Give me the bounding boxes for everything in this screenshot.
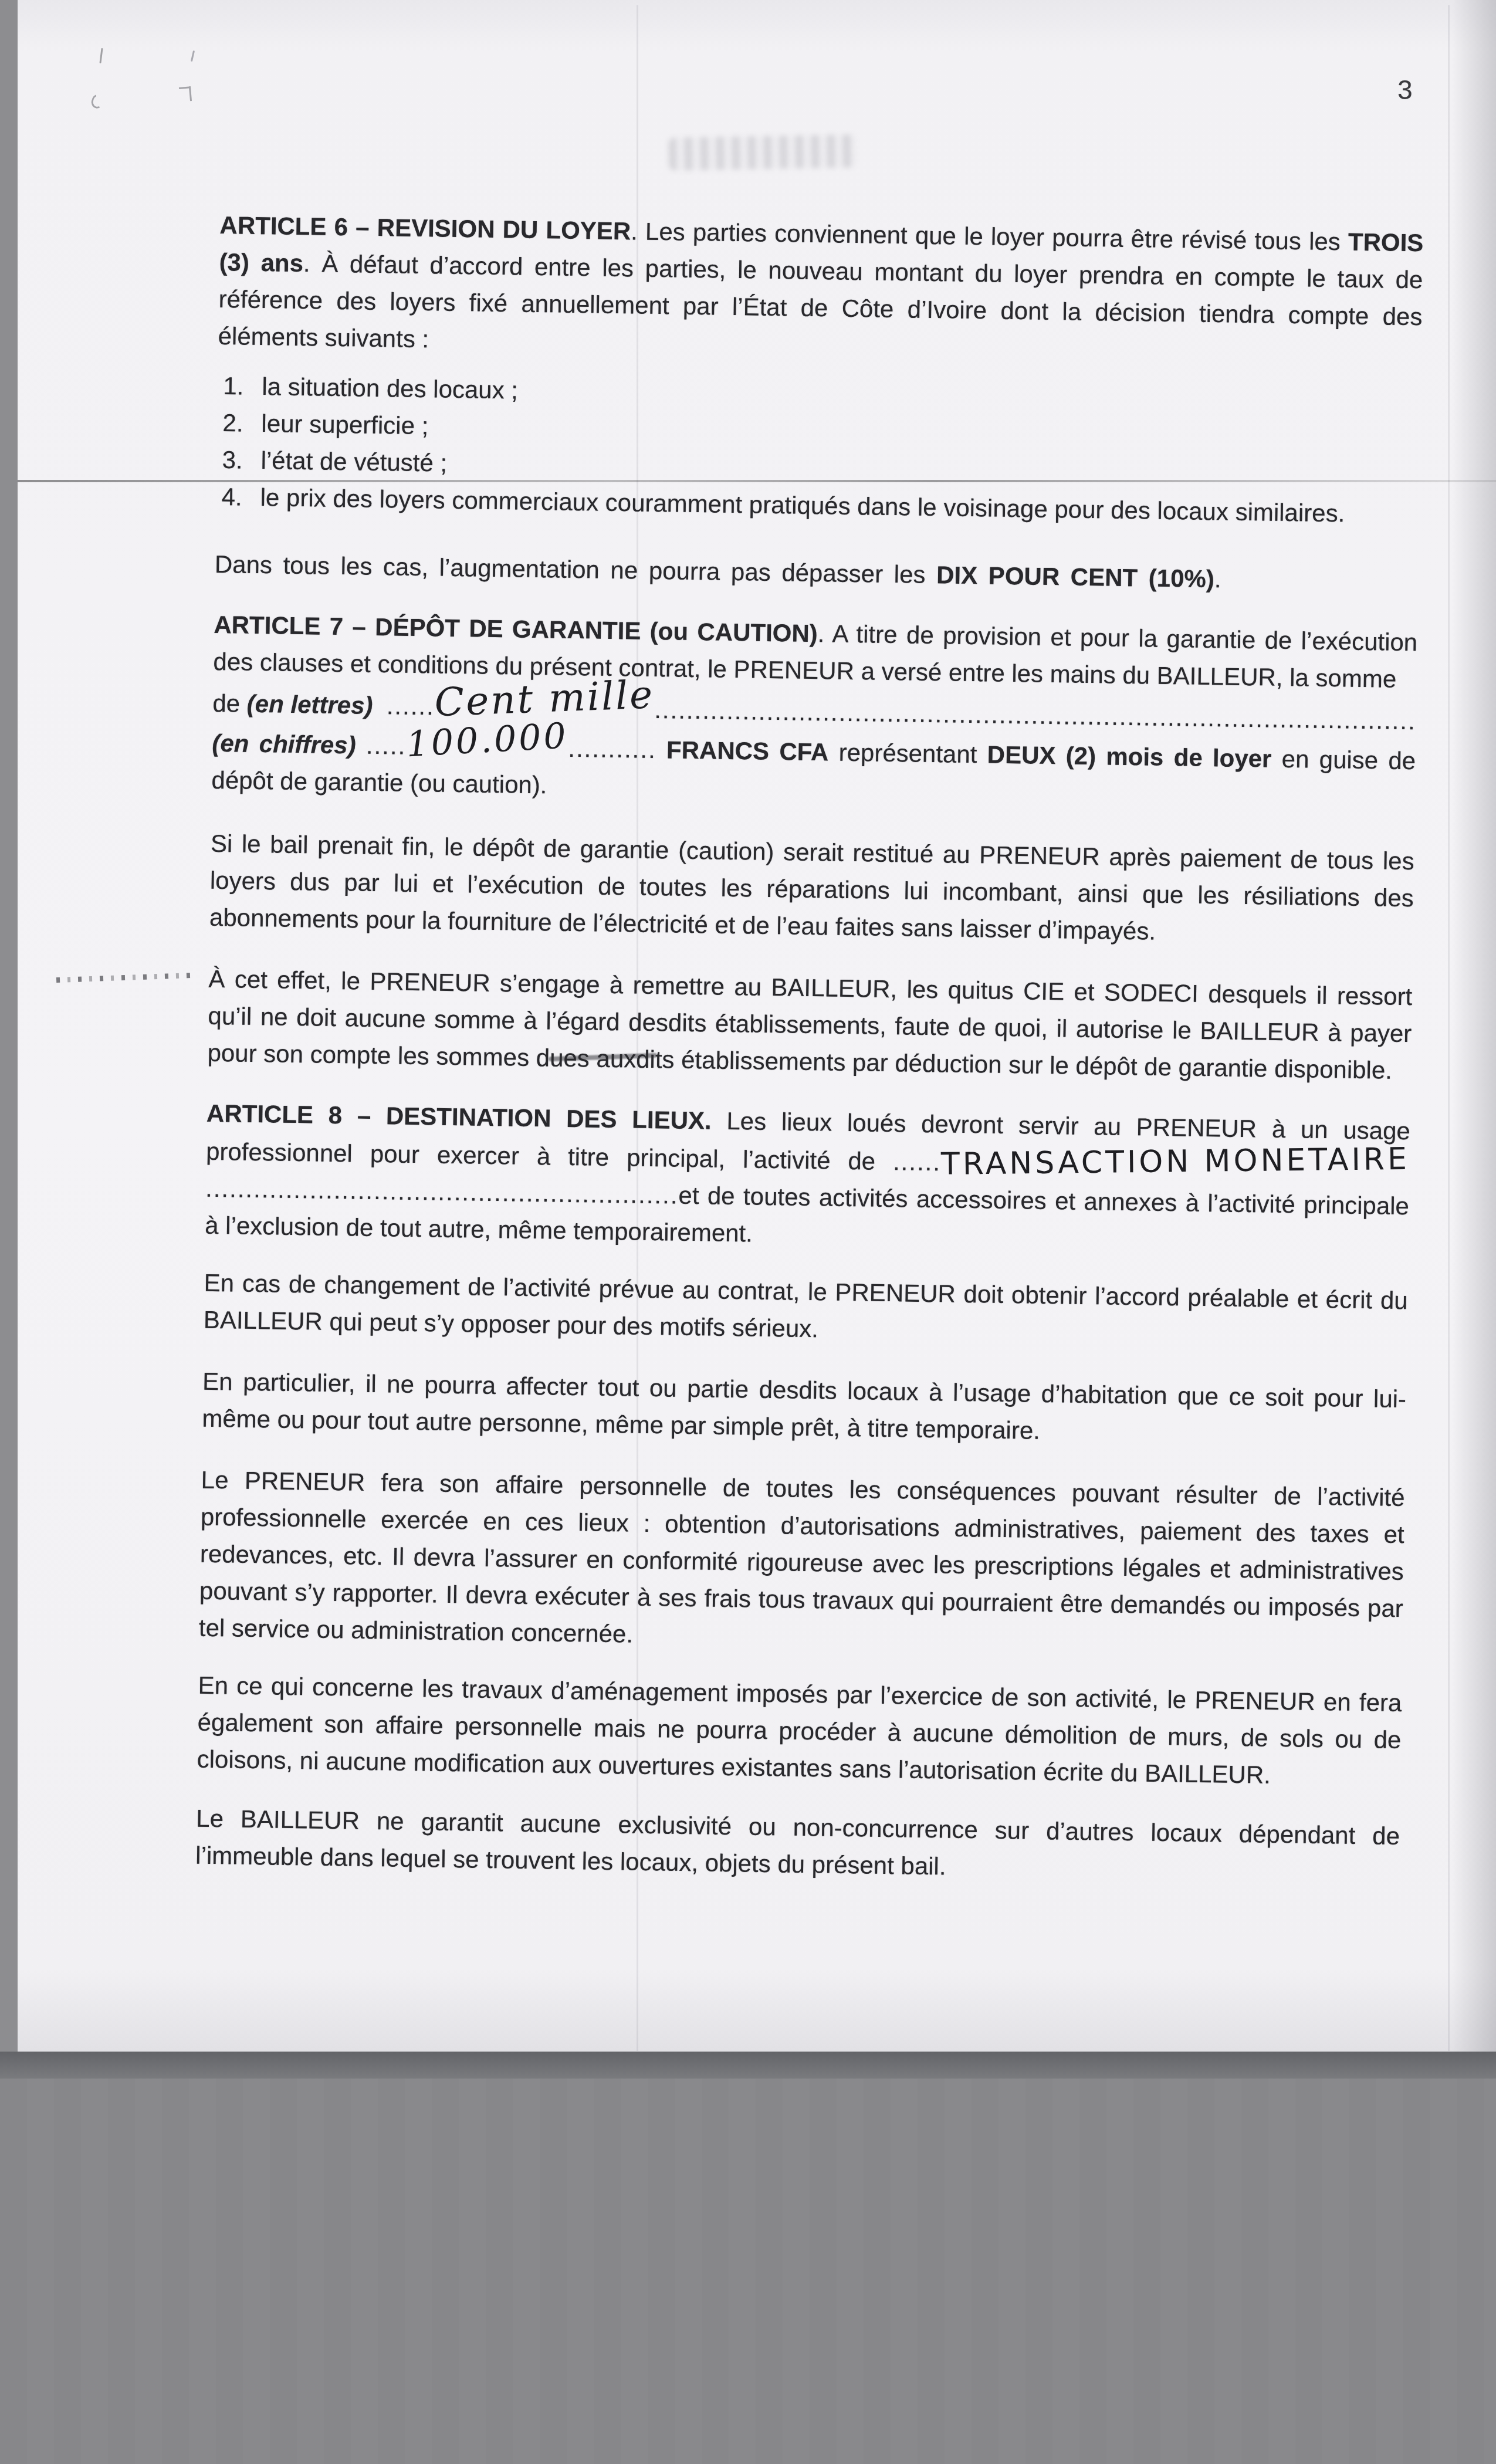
text-run: représentant bbox=[828, 738, 987, 768]
text-run: Si le bail prenait fin, le dépôt de gara… bbox=[209, 830, 1414, 945]
text-run: ...... bbox=[893, 1148, 942, 1176]
scanned-document: { "page": { "number": "3" }, "colors": {… bbox=[0, 0, 1496, 2464]
text-run: FRANCS CFA bbox=[666, 736, 829, 766]
deposit-amount-words-handwritten: Cent mille bbox=[434, 676, 655, 721]
text-run: À cet effet, le PRENEUR s’engage à remet… bbox=[207, 965, 1412, 1084]
quitus-cie-sodeci: À cet effet, le PRENEUR s’engage à remet… bbox=[207, 960, 1413, 1089]
travaux-amenagement: En ce qui concerne les travaux d’aménage… bbox=[197, 1667, 1402, 1795]
list-item-number: 3. bbox=[222, 441, 261, 479]
non-exclusivite: Le BAILLEUR ne garantit aucune exclusivi… bbox=[195, 1800, 1400, 1891]
text-run: En ce qui concerne les travaux d’aménage… bbox=[197, 1671, 1402, 1789]
text-run: Le BAILLEUR ne garantit aucune exclusivi… bbox=[195, 1805, 1400, 1880]
text-run bbox=[356, 732, 366, 759]
pen-mark bbox=[179, 86, 192, 102]
list-item-text: leur superficie ; bbox=[261, 405, 429, 444]
activity-handwritten: TRANSACTION MONETAIRE bbox=[941, 1141, 1410, 1183]
text-run: En cas de changement de l’activité prévu… bbox=[204, 1269, 1408, 1343]
text-run: de bbox=[212, 685, 247, 722]
text-run: Le PRENEUR fera son affaire personnelle … bbox=[199, 1466, 1405, 1648]
text-run: . Les parties conviennent que le loyer p… bbox=[631, 217, 1349, 255]
text-run: ........................................… bbox=[205, 1175, 679, 1209]
text-run: ...... bbox=[386, 687, 435, 725]
text-run: . bbox=[1214, 565, 1221, 593]
paper-page: 3 ARTICLE 6 – REVISION DU LOYER. Les par… bbox=[18, 0, 1496, 2052]
scanner-left-edge bbox=[0, 0, 18, 2053]
scan-streak bbox=[1448, 5, 1450, 2051]
pen-mark bbox=[99, 48, 103, 63]
list-item-number: 2. bbox=[222, 404, 262, 442]
text-run: ARTICLE 8 – DESTINATION DES LIEUX. bbox=[207, 1099, 712, 1135]
article-8-destination-des-lieux: ARTICLE 8 – DESTINATION DES LIEUX. Les l… bbox=[205, 1095, 1411, 1261]
text-run: (en chiffres) bbox=[212, 729, 356, 759]
list-item-number: 1. bbox=[223, 367, 262, 405]
interdiction-usage-habitation: En particulier, il ne pourra affecter to… bbox=[202, 1363, 1407, 1454]
bleed-through-smudge bbox=[669, 134, 857, 171]
scanner-background bbox=[0, 2079, 1496, 2464]
text-run: ..... bbox=[366, 732, 407, 760]
list-item-number: 4. bbox=[221, 478, 260, 516]
page-bottom-shadow bbox=[0, 2052, 1496, 2079]
pen-mark bbox=[89, 92, 106, 110]
text-run: DEUX (2) mois de loyer bbox=[987, 741, 1271, 773]
text-run: . À défaut d’accord entre les parties, l… bbox=[218, 249, 1423, 353]
text-run bbox=[656, 736, 666, 763]
text-run: En particulier, il ne pourra affecter to… bbox=[202, 1368, 1406, 1444]
responsabilite-activite: Le PRENEUR fera son affaire personnelle … bbox=[199, 1461, 1405, 1664]
text-run: DIX POUR CENT (10%) bbox=[936, 561, 1214, 593]
document-body: ARTICLE 6 – REVISION DU LOYER. Les parti… bbox=[195, 207, 1424, 1891]
deposit-restitution: Si le bail prenait fin, le dépôt de gara… bbox=[209, 825, 1415, 953]
deposit-amount-figures-handwritten: 100.000 bbox=[405, 717, 569, 763]
text-run: Dans tous les cas, l’augmentation ne pou… bbox=[215, 550, 937, 588]
changement-activite: En cas de changement de l’activité prévu… bbox=[203, 1264, 1408, 1356]
augmentation-cap: Dans tous les cas, l’augmentation ne pou… bbox=[214, 546, 1419, 600]
text-run: (en lettres) bbox=[246, 685, 373, 724]
list-item-text: l’état de vétusté ; bbox=[260, 442, 447, 482]
margin-scribble bbox=[56, 973, 192, 983]
text-run: ARTICLE 7 – DÉPÔT DE GARANTIE (ou CAUTIO… bbox=[214, 611, 818, 647]
revision-criteria-list: 1.la situation des locaux ;2.leur superf… bbox=[215, 367, 1421, 533]
pen-mark bbox=[191, 50, 195, 62]
text-run bbox=[373, 687, 387, 724]
list-item-text: la situation des locaux ; bbox=[262, 368, 518, 408]
text-run: ARTICLE 6 – REVISION DU LOYER bbox=[219, 211, 631, 245]
page-number: 3 bbox=[1397, 74, 1413, 106]
article-6-revision-du-loyer: ARTICLE 6 – REVISION DU LOYER. Les parti… bbox=[218, 207, 1424, 372]
text-run: ........... bbox=[568, 735, 656, 763]
